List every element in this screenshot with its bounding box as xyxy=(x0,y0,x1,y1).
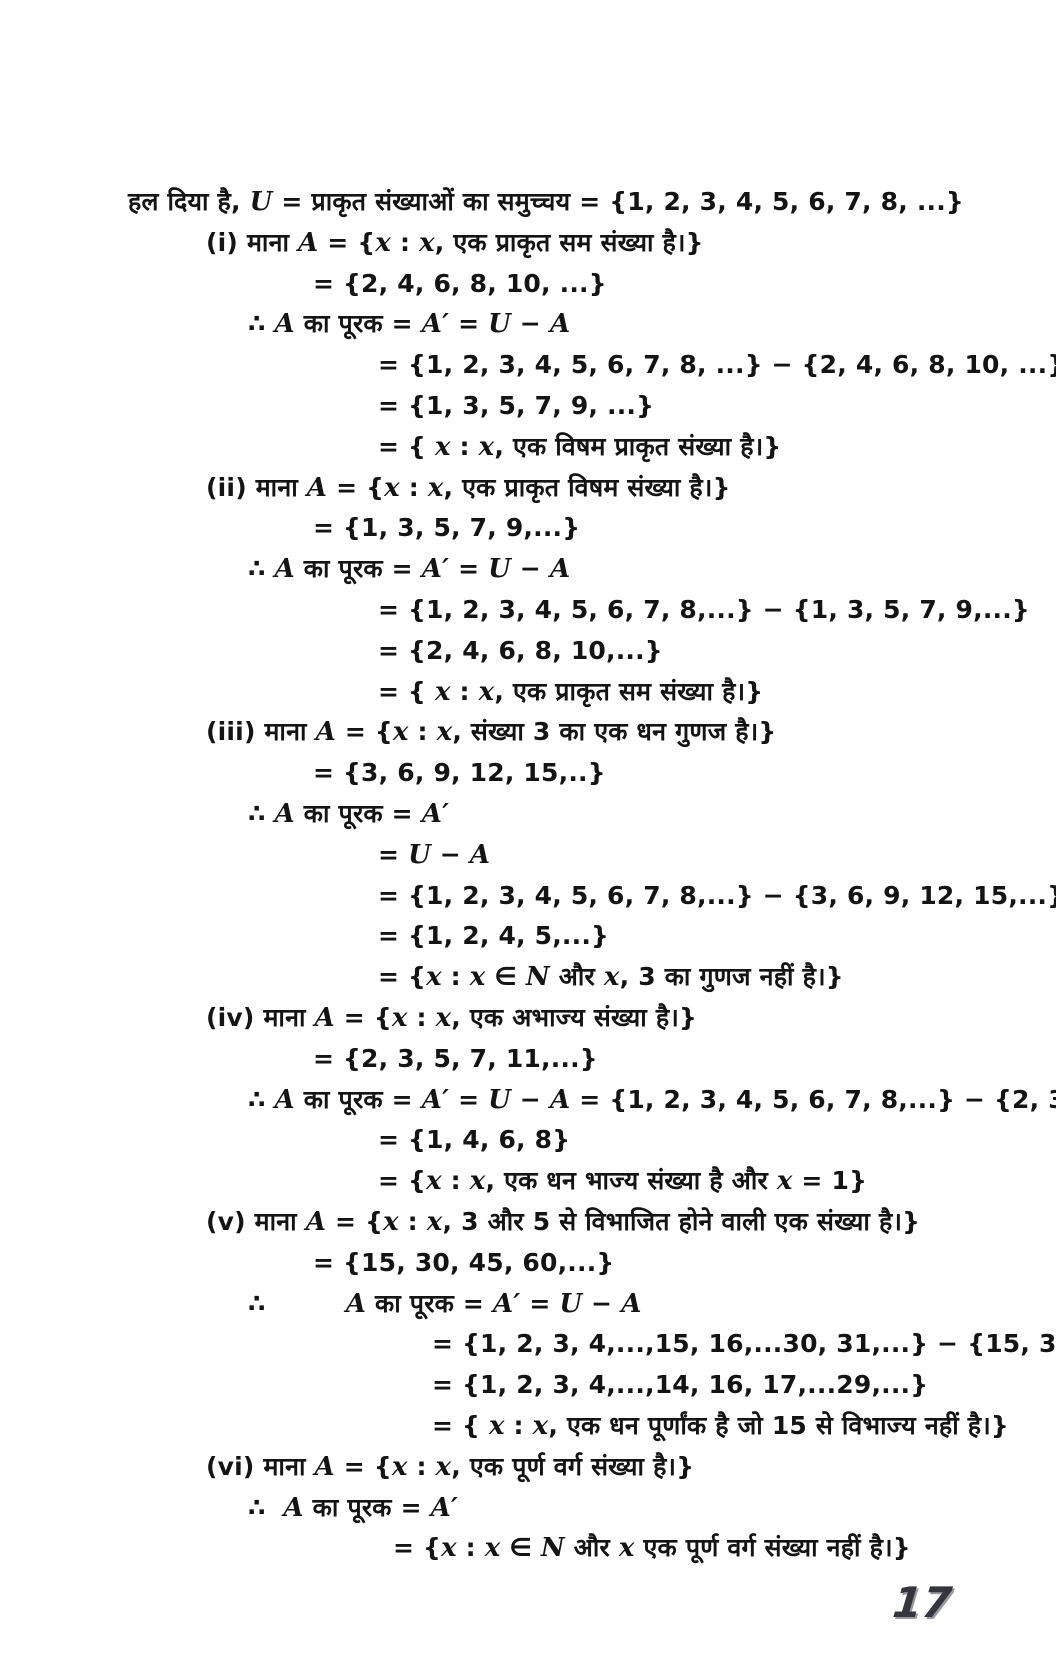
scanned-textbook-page: हल दिया है, U = प्राकृत संख्याओं का समुच… xyxy=(0,0,1056,1662)
solution-line: ∴ A का पूरक = A′ xyxy=(248,799,449,830)
solution-line: = {3, 6, 9, 12, 15,..} xyxy=(313,758,606,788)
solution-line: ∴ A का पूरक = A′ = U − A xyxy=(248,554,570,585)
solution-line: (iii) माना A = {x : x, संख्या 3 का एक धन… xyxy=(206,717,776,748)
solution-line: = {15, 30, 45, 60,...} xyxy=(313,1248,614,1278)
solution-line: (v) माना A = {x : x, 3 और 5 से विभाजित ह… xyxy=(206,1207,920,1238)
solution-line: = {2, 3, 5, 7, 11,...} xyxy=(313,1044,598,1074)
solution-line: = {1, 3, 5, 7, 9, ...} xyxy=(378,391,654,421)
solution-line: = {1, 2, 3, 4,...,14, 16, 17,...29,...} xyxy=(432,1370,928,1400)
solution-line: = U − A xyxy=(378,840,490,871)
page-number: 17 xyxy=(890,1578,954,1627)
solution-line: ∴ A का पूरक = A′ xyxy=(248,1493,458,1524)
solution-line: (iv) माना A = {x : x, एक अभाज्य संख्या ह… xyxy=(206,1003,697,1034)
solution-line: = {1, 2, 3, 4, 5, 6, 7, 8,...} − {3, 6, … xyxy=(378,881,1056,911)
solution-line: ∴ A का पूरक = A′ = U − A = {1, 2, 3, 4, … xyxy=(248,1085,1056,1116)
solution-line: = {1, 4, 6, 8} xyxy=(378,1125,570,1155)
solution-line: = { x : x, एक विषम प्राकृत संख्या है।} xyxy=(378,432,781,463)
solution-line: ∴ A का पूरक = A′ = U − A xyxy=(248,309,570,340)
solution-line: = {2, 4, 6, 8, 10,...} xyxy=(378,636,663,666)
solution-line: = {x : x ∈ N और x एक पूर्ण वर्ग संख्या न… xyxy=(393,1533,911,1564)
solution-line: = {x : x, एक धन भाज्य संख्या है और x = 1… xyxy=(378,1166,867,1197)
solution-line: = {2, 4, 6, 8, 10, ...} xyxy=(313,269,607,299)
solution-line: = {x : x ∈ N और x, 3 का गुणज नहीं है।} xyxy=(378,962,844,993)
solution-line: (vi) माना A = {x : x, एक पूर्ण वर्ग संख्… xyxy=(206,1452,694,1483)
solution-line: = { x : x, एक धन पूर्णांक है जो 15 से वि… xyxy=(432,1411,1009,1442)
solution-line: (ii) माना A = {x : x, एक प्राकृत विषम सं… xyxy=(206,473,731,504)
solution-line: = { x : x, एक प्राकृत सम संख्या है।} xyxy=(378,677,763,708)
solution-line: (i) माना A = {x : x, एक प्राकृत सम संख्य… xyxy=(206,228,704,259)
solution-line: हल दिया है, U = प्राकृत संख्याओं का समुच… xyxy=(128,187,964,218)
solution-line: = {1, 2, 3, 4, 5, 6, 7, 8, ...} − {2, 4,… xyxy=(378,350,1056,380)
solution-line: ∴ A का पूरक = A′ = U − A xyxy=(248,1289,642,1320)
solution-line: = {1, 3, 5, 7, 9,...} xyxy=(313,513,580,543)
solution-line: = {1, 2, 4, 5,...} xyxy=(378,921,609,951)
solution-line: = {1, 2, 3, 4,...,15, 16,...30, 31,...} … xyxy=(432,1329,1056,1359)
solution-line: = {1, 2, 3, 4, 5, 6, 7, 8,...} − {1, 3, … xyxy=(378,595,1030,625)
